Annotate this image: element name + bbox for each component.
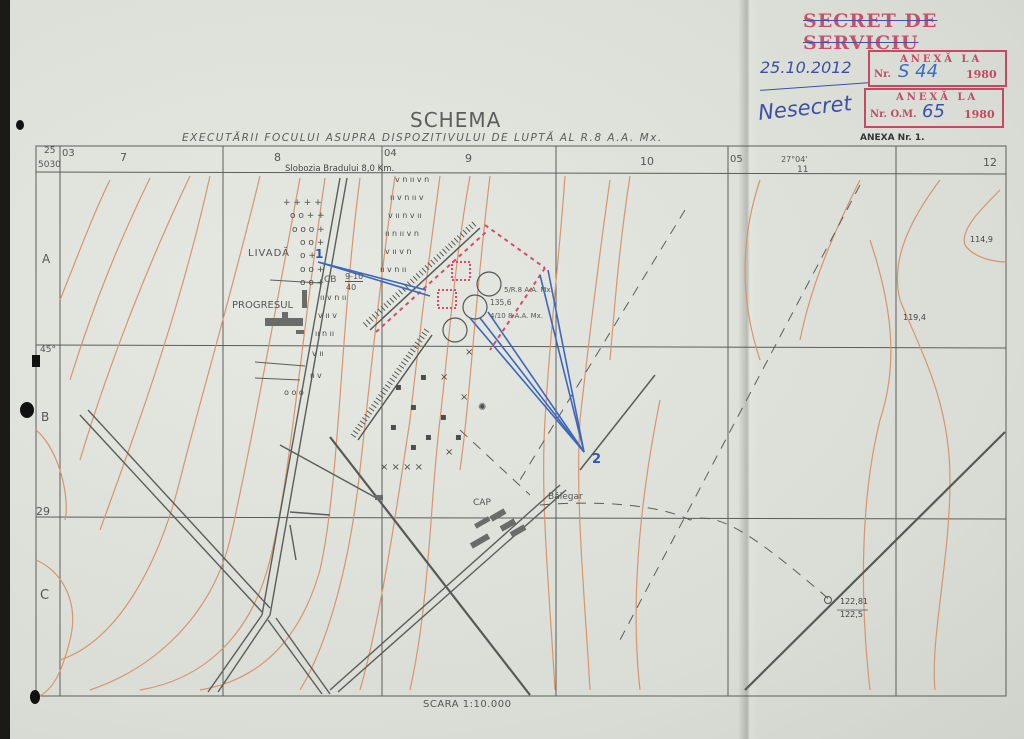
svg-text:ıı n ıı v n: ıı n ıı v n xyxy=(385,229,419,238)
svg-text:×: × xyxy=(445,447,453,458)
grid-label-left: 29 xyxy=(36,505,50,518)
unit-label-2: 4/10 8 A.A. Mx. xyxy=(490,312,543,320)
firing-position-2: 2 xyxy=(592,452,601,467)
grid-label-top: 10 xyxy=(640,155,654,168)
spot-height-2: 119,4 xyxy=(903,313,926,322)
grid-corner-bottom: 5030 xyxy=(38,160,61,170)
svg-text:ıı v n ıı: ıı v n ıı xyxy=(380,265,406,274)
grid-label-top: 7 xyxy=(120,151,127,164)
grid-label-top: 12 xyxy=(983,156,997,169)
grid-label-left: C xyxy=(40,588,49,603)
svg-text:✺: ✺ xyxy=(478,402,486,413)
declassified-date: 25.10.2012 xyxy=(760,58,852,77)
balegar-label: Bălegar xyxy=(548,492,583,502)
annex-stamp-2: ANEXĂ LA Nr. O.M. 65 1980 xyxy=(864,88,1004,128)
firing-position-1: 1 xyxy=(315,247,323,261)
svg-text:v ıı v: v ıı v xyxy=(318,311,337,320)
binder-hole xyxy=(16,120,24,130)
orchard-note-top: 9-10 xyxy=(345,272,363,282)
grid-label-top: 11 xyxy=(797,165,808,175)
grid-label-top: 8 xyxy=(274,151,281,164)
stamp-year: 1980 xyxy=(964,108,995,121)
stamp-year: 1980 xyxy=(966,68,997,81)
progresul-label: PROGRESUL xyxy=(232,300,293,311)
cap-label: CAP xyxy=(473,498,491,508)
svg-text:+ + + +: + + + + xyxy=(283,198,322,208)
svg-text:▪: ▪ xyxy=(410,442,417,453)
svg-text:×: × xyxy=(460,392,468,403)
svg-text:v ıı n v ıı: v ıı n v ıı xyxy=(388,211,422,220)
binder-hole xyxy=(32,355,40,367)
svg-text:▪: ▪ xyxy=(420,372,427,383)
svg-text:▪: ▪ xyxy=(455,432,462,443)
svg-text:o o +: o o + xyxy=(300,265,324,275)
svg-text:▪: ▪ xyxy=(390,422,397,433)
svg-text:×: × xyxy=(440,372,448,383)
svg-text:v ıı v n: v ıı v n xyxy=(385,247,412,256)
svg-text:v n ıı v n: v n ıı v n xyxy=(395,175,429,184)
svg-text:ıı n ıı: ıı n ıı xyxy=(315,329,334,338)
benchmark-top: 122,81 xyxy=(840,597,868,606)
svg-text:×: × xyxy=(465,347,473,358)
orchard-code: CB xyxy=(324,275,336,285)
classification-stamp: SECRET DE SERVICIU xyxy=(803,10,1024,54)
schema-title: SCHEMA xyxy=(410,108,501,132)
stamp-prefix: Nr. xyxy=(874,69,891,80)
svg-text:o +: o + xyxy=(300,251,316,261)
roads xyxy=(80,178,1005,695)
grid-label-top: 03 xyxy=(62,148,75,159)
grid-label-left: A xyxy=(42,252,50,266)
svg-text:o o o: o o o xyxy=(284,388,304,397)
svg-text:▪: ▪ xyxy=(410,402,417,413)
binder-hole xyxy=(30,690,40,704)
grid-corner-top: 25 xyxy=(44,146,55,156)
grid-label-left: 45° xyxy=(40,345,56,355)
orchard-livada: + + + + o o + + o o o + o o + o + o o + … xyxy=(283,198,325,288)
grid-label-top: 9 xyxy=(465,152,472,165)
svg-text:o o + +: o o + + xyxy=(290,211,325,221)
grid-label-left: B xyxy=(41,410,49,424)
grid-label-top: 04 xyxy=(384,148,397,159)
map-scale: SCARA 1:10.000 xyxy=(423,699,511,710)
svg-text:ıı v n ıı: ıı v n ıı xyxy=(320,293,346,302)
road-destination-label: Slobozia Bradului 8,0 Km. xyxy=(285,164,394,174)
unit-label-1: 5/R.8 A.A. Mx. xyxy=(504,286,553,294)
svg-text:ıı v: ıı v xyxy=(310,371,322,380)
grid-label-top: 05 xyxy=(730,154,743,165)
binder-hole xyxy=(20,402,34,418)
stamp-number: S 44 xyxy=(898,61,938,82)
annex-label: ANEXA Nr. 1. xyxy=(860,133,925,143)
svg-text:▪: ▪ xyxy=(440,412,447,423)
benchmark-bottom: 122,5 xyxy=(840,610,863,619)
grid-label-top: 27°04' xyxy=(781,155,808,164)
progresul-buildings xyxy=(265,290,307,334)
schema-subtitle: EXECUTĂRII FOCULUI ASUPRA DISPOZITIVULUI… xyxy=(182,132,663,144)
livada-label: LIVADĂ xyxy=(248,248,290,259)
elevation-point: 135,6 xyxy=(490,298,511,307)
svg-text:× × × ×: × × × × xyxy=(380,462,423,473)
annex-stamp-1: ANEXĂ LA Nr. S 44 1980 xyxy=(868,50,1007,87)
troop-symbols: ▪▪ ▪▪ ▪▪ ▪▪ ×× ×× × × × × ✺ xyxy=(380,347,486,473)
svg-text:ıı v n ıı v: ıı v n ıı v xyxy=(390,193,424,202)
stamp-number: 65 xyxy=(922,101,945,122)
spot-height-1: 114,9 xyxy=(970,235,993,244)
svg-text:▪: ▪ xyxy=(395,382,402,393)
orchard-note-bottom: 40 xyxy=(346,283,356,292)
svg-text:o o o +: o o o + xyxy=(292,225,325,235)
dashed-tracks xyxy=(460,185,860,640)
svg-text:v ıı: v ıı xyxy=(312,349,324,358)
svg-text:▪: ▪ xyxy=(425,432,432,443)
stamp-prefix: Nr. O.M. xyxy=(870,109,917,120)
